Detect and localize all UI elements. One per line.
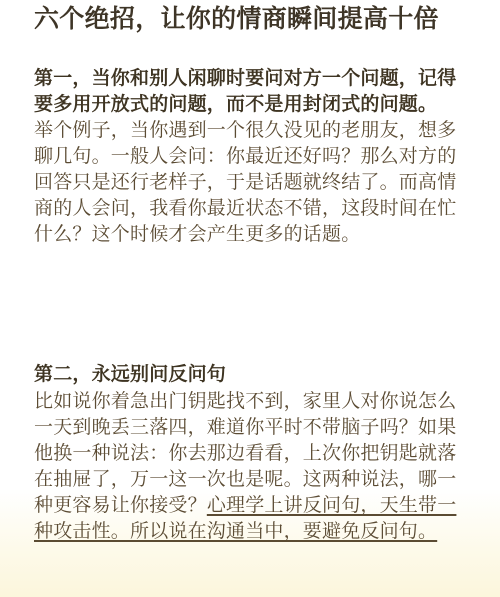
section-2-body: 比如说你着急出门钥匙找不到，家里人对你说怎么一天到晚丢三落四，难道你平时不带脑子… bbox=[34, 388, 474, 544]
section-2: 第二，永远别问反问句 比如说你着急出门钥匙找不到，家里人对你说怎么一天到晚丢三落… bbox=[34, 362, 474, 544]
section-1-heading: 第一，当你和别人闲聊时要问对方一个问题，记得要多用开放式的问题，而不是用封闭式的… bbox=[34, 66, 474, 117]
section-2-heading: 第二，永远别问反问句 bbox=[34, 362, 474, 388]
section-1-body: 举个例子，当你遇到一个很久没见的老朋友，想多聊几句。一般人会问：你最近还好吗？那… bbox=[34, 117, 474, 247]
section-1: 第一，当你和别人闲聊时要问对方一个问题，记得要多用开放式的问题，而不是用封闭式的… bbox=[34, 66, 474, 247]
article-title: 六个绝招，让你的情商瞬间提高十倍 bbox=[34, 2, 439, 36]
article-page: 六个绝招，让你的情商瞬间提高十倍 第一，当你和别人闲聊时要问对方一个问题，记得要… bbox=[0, 0, 500, 597]
